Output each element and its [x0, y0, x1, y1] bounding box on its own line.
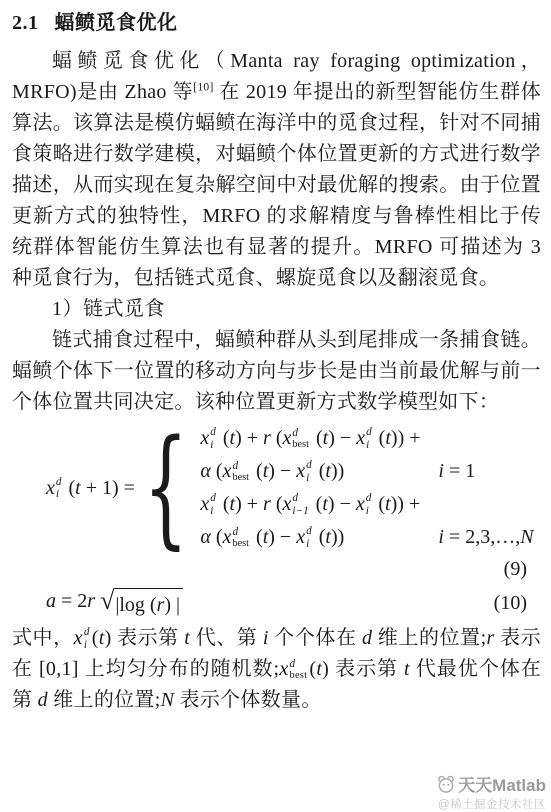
- equation-9-line-2-body: α (xdbest (t) − xdi (t)): [200, 456, 344, 487]
- equation-number-9: (9): [12, 554, 541, 584]
- equation-9-lines: xdi (t) + r (xdbest (t) − xdi (t)) + α (…: [200, 422, 541, 554]
- section-number: 2.1: [12, 12, 39, 34]
- equation-9-line-1-body: xdi (t) + r (xdbest (t) − xdi (t)) +: [200, 423, 420, 454]
- equation-9-line-4-body: α (xdbest (t) − xdi (t)): [200, 522, 344, 553]
- equation-10: a = 2r √|log (r) | (10): [12, 586, 541, 620]
- equation-9-line-3-body: xdi (t) + r (xdi−1 (t) − xdi (t)) +: [200, 489, 420, 520]
- equation-9-condition-2: i = 2,3,…,N: [438, 522, 533, 553]
- equation-number-10: (10): [494, 588, 527, 619]
- paragraph-intro: 蝠鲼觅食优化（Manta ray foraging optimization，M…: [12, 46, 541, 294]
- equation-9-line-1: xdi (t) + r (xdbest (t) − xdi (t)) +: [200, 422, 541, 455]
- section-heading: 2.1蝠鲼觅食优化: [12, 8, 541, 38]
- equation-9-cases: xdi (t + 1) = { xdi (t) + r (xdbest (t) …: [12, 422, 541, 554]
- equation-10-body: a = 2r √|log (r) |: [46, 586, 183, 621]
- equation-9-lhs: xdi (t + 1) =: [46, 473, 135, 504]
- panda-logo-icon: [436, 774, 456, 798]
- watermark-block: 天天Matlab @稀土掘金技术社区: [436, 774, 546, 811]
- section-title: 蝠鲼觅食优化: [55, 12, 178, 34]
- equation-9-line-3: xdi (t) + r (xdi−1 (t) − xdi (t)) +: [200, 488, 541, 521]
- paragraph-variable-desc: 式中，xdi(t) 表示第 t 代、第 i 个个体在 d 维上的位置;r 表示在…: [12, 623, 541, 716]
- document-page: 2.1蝠鲼觅食优化 蝠鲼觅食优化（Manta ray foraging opti…: [0, 0, 551, 812]
- equation-9-condition-1: i = 1: [438, 456, 475, 487]
- equation-9: xdi (t + 1) = { xdi (t) + r (xdbest (t) …: [12, 422, 541, 584]
- paragraph-chain-desc: 链式捕食过程中，蝠鲼种群从头到尾排成一条捕食链。蝠鲼个体下一位置的移动方向与步长…: [12, 325, 541, 418]
- watermark-brand: 天天Matlab: [458, 777, 546, 795]
- watermark-handle: @稀土掘金技术社区: [436, 799, 546, 811]
- list-item-chain-foraging: 1）链式觅食: [12, 294, 541, 325]
- equation-9-line-2: α (xdbest (t) − xdi (t)) i = 1: [200, 455, 541, 488]
- equation-9-line-4: α (xdbest (t) − xdi (t)) i = 2,3,…,N: [200, 521, 541, 554]
- left-brace: {: [143, 424, 188, 552]
